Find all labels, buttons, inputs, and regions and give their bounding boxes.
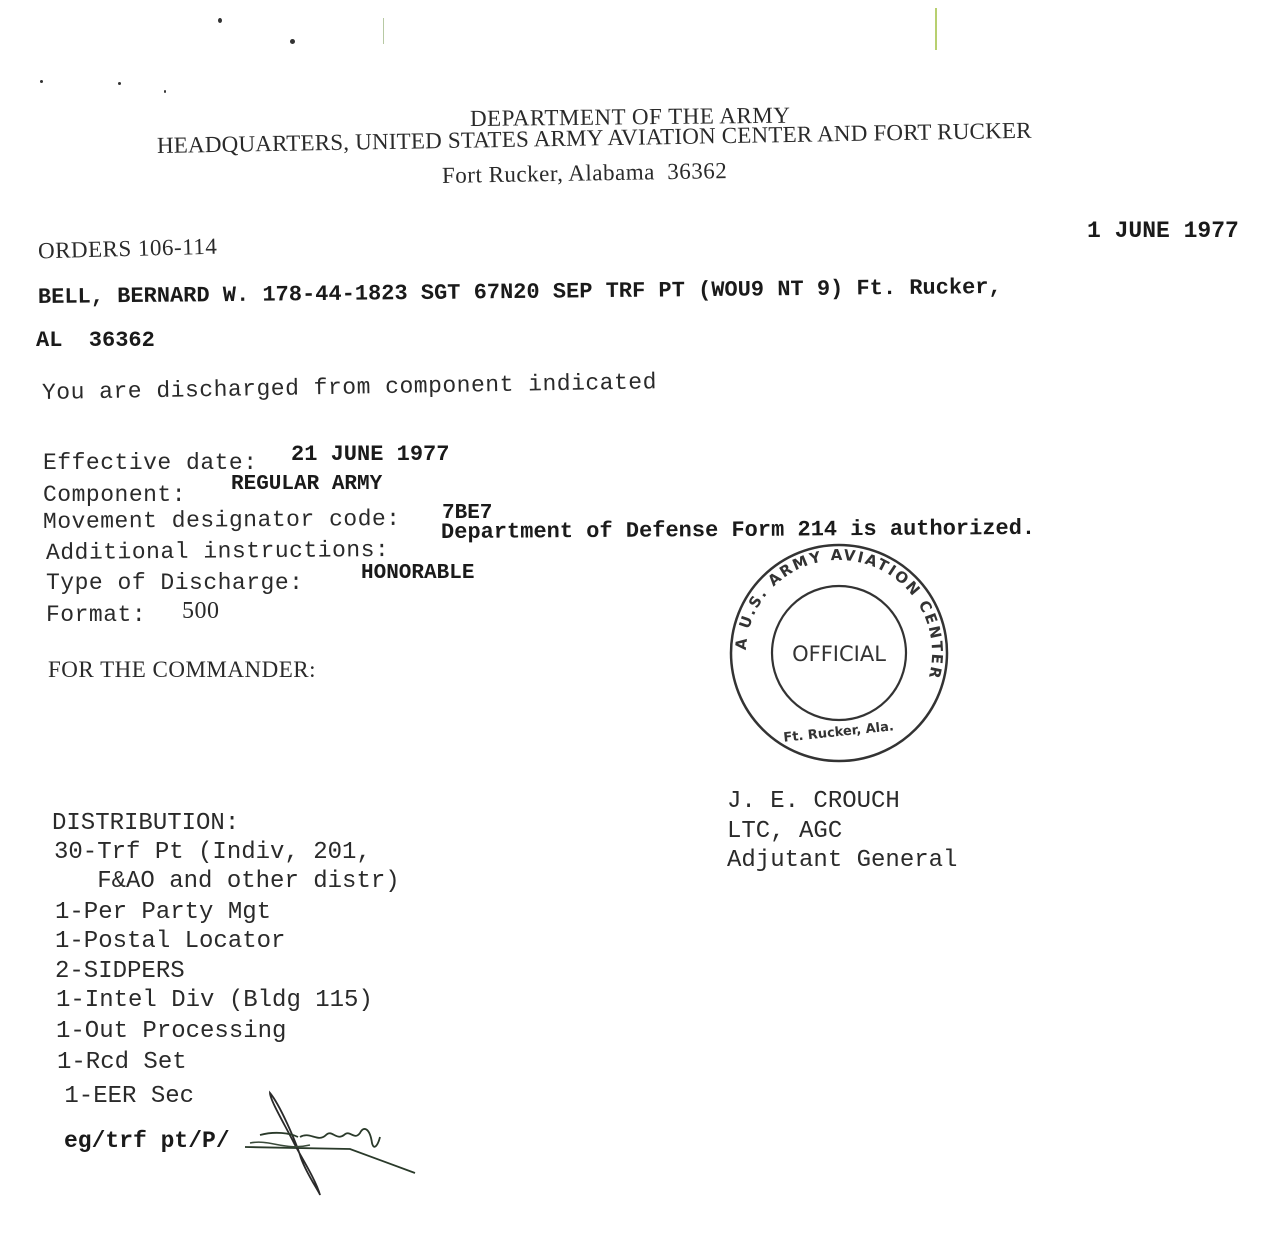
subject-line-2: AL 36362 [36,328,155,353]
field-label-effective-date: Effective date: [43,450,258,476]
stamp-center-text: OFFICIAL [792,642,886,666]
scan-speck [218,18,222,23]
distribution-item: 1-Intel Div (Bldg 115) [56,985,373,1016]
distribution-item: 1-Rcd Set [57,1047,187,1078]
distribution-item: 1-Out Processing [56,1016,286,1047]
orders-number: ORDERS 106-114 [38,234,218,265]
scan-speck [290,39,295,44]
orders-date: 1 JUNE 1977 [1087,218,1239,244]
field-label-additional-instructions: Additional instructions: [46,537,389,566]
field-label-discharge-type: Type of Discharge: [46,570,303,596]
subject-line-1: BELL, BERNARD W. 178-44-1823 SGT 67N20 S… [38,275,1002,310]
scan-speck [164,90,166,93]
signatory-rank: LTC, AGC [727,818,842,845]
field-label-component: Component: [43,482,186,508]
distribution-item: 30-Trf Pt (Indiv, 201, [54,837,371,868]
scan-speck [40,80,43,83]
svg-text:Ft. Rucker, Ala.: Ft. Rucker, Ala. [783,719,895,746]
discharge-statement: You are discharged from component indica… [42,369,657,406]
pencil-mark [935,8,937,50]
signatory-title: Adjutant General [727,847,957,874]
field-value-format: 500 [182,598,220,625]
reference-initials: eg/trf pt/P/ [64,1128,230,1154]
for-the-commander: FOR THE COMMANDER: [48,657,316,683]
field-value-effective-date: 21 JUNE 1977 [291,442,449,467]
field-label-format: Format: [46,602,146,628]
signatory-name: J. E. CROUCH [727,788,900,815]
field-value-discharge-type: HONORABLE [361,562,474,585]
distribution-heading: DISTRIBUTION: [52,808,239,839]
distribution-item: 2-SIDPERS [55,956,185,987]
scan-speck [118,82,121,85]
distribution-item: F&AO and other distr) [54,866,400,897]
field-label-movement-code: Movement designator code: [43,506,401,535]
field-value-component: REGULAR ARMY [231,473,382,496]
distribution-item: 1-EER Sec [50,1081,194,1112]
pencil-mark [383,18,384,44]
distribution-item: 1-Per Party Mgt [55,897,271,928]
distribution-item: 1-Postal Locator [55,926,285,957]
handwritten-signature [240,1085,420,1200]
official-seal-stamp: DA U.S. ARMY AVIATION CENTER Ft. Rucker,… [726,540,952,766]
letterhead-address: Fort Rucker, Alabama 36362 [442,158,728,189]
